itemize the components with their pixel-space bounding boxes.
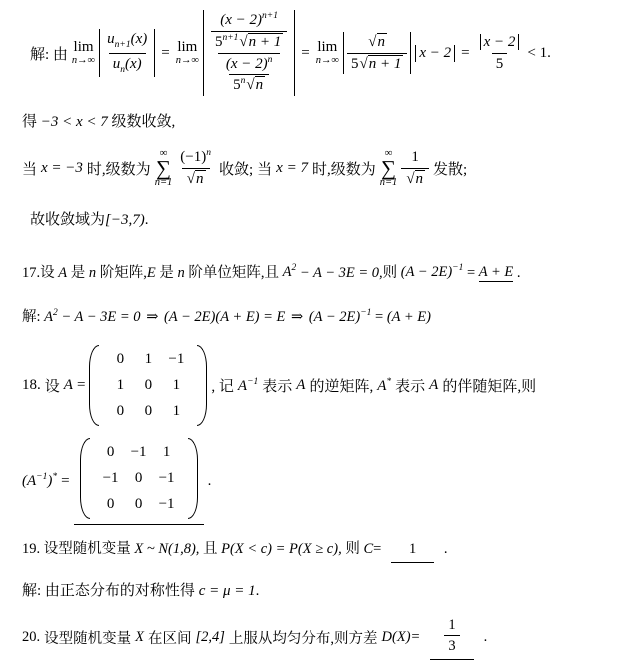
problem-18-answer: (A−1)* = 0 −1 1 −1 0 −1 0 0 −1 . (22, 436, 612, 526)
equals-sign: = (461, 45, 469, 62)
equals-sign: = (161, 45, 169, 62)
inner-fraction-np1: (x − 2)n+1 5n+1√n + 1 (211, 11, 287, 52)
fraction-one-third: 1 3 (444, 616, 459, 655)
c-equals-mu: c = μ = 1 (199, 583, 256, 599)
adjugate-of-inverse: (A−1)* (22, 472, 57, 490)
inequality: −3 < x < 7 (41, 114, 108, 130)
answer-matrix-underlined: 0 −1 1 −1 0 −1 0 0 −1 (74, 438, 204, 525)
abs-x-minus-2: x − 2 (415, 45, 455, 62)
interval: [2,4] (195, 629, 224, 646)
problem-17-statement: 17.设 A 是 n 阶矩阵,E 是 n 阶单位矩阵,且 A2 − A − 3E… (22, 263, 612, 283)
sqrt-n: √n (406, 171, 425, 187)
equals-sign: = (61, 473, 69, 490)
sqrt-n-plus-1: √n + 1 (239, 34, 283, 50)
left-paren (89, 345, 99, 426)
inner-fraction-n: (x − 2)n 5n√n (222, 55, 277, 96)
matrix-cell: 0 (125, 496, 153, 513)
summation: ∞∑n=1 (155, 148, 173, 189)
matrix-cell: 0 (106, 351, 134, 368)
variance-expression: D(X)= (382, 629, 421, 646)
limit-notation: limn→∞ (176, 40, 199, 67)
abs-sqrt-ratio: √n 5√n + 1 (343, 32, 411, 75)
sqrt-n: √n (187, 171, 206, 187)
problem-18-statement: 18. 设 A = 0 1 −1 1 0 1 0 0 1 , 记 A−1 表示 … (22, 345, 612, 426)
equals-sign: = (373, 541, 381, 557)
matrix-cell: 0 (134, 377, 162, 394)
solution-label: 解: 由 (30, 43, 68, 64)
fraction-harmonic-term: 1 √n (401, 148, 429, 189)
matrix-cell: 0 (97, 496, 125, 513)
sqrt-n-plus-1: √n + 1 (359, 56, 403, 72)
abs-nested-fraction: (x − 2)n+1 5n+1√n + 1 (x − 2)n 5n√n (203, 10, 295, 96)
problem-number: 18. (22, 377, 41, 394)
problem-number: 19. (22, 541, 40, 557)
ratio-test-formula-line: 解: 由 limn→∞ un+1(x) un(x) = limn→∞ (x − … (22, 6, 612, 100)
equals-sign: = (467, 264, 475, 280)
equals-sign: = (375, 309, 383, 325)
implies-arrow: ⇒ (291, 309, 303, 325)
less-than-one: < 1. (527, 45, 550, 62)
problem-19-solution: 解: 由正态分布的对称性得 c = μ = 1. (22, 581, 612, 601)
matrix-cell: 0 (97, 444, 125, 461)
matrix-a: 0 1 −1 1 0 1 0 0 1 (89, 345, 207, 426)
equals-sign: = (301, 45, 309, 62)
matrix-cell: −1 (153, 496, 181, 513)
matrix-cell: 1 (134, 351, 162, 368)
problem-20-statement: 20. 设型随机变量 X 在区间[2,4] 上服从均匀分布,则方差 D(X)= … (22, 615, 612, 660)
right-paren (197, 345, 207, 426)
fraction-alternating-term: (−1)n √n (176, 148, 215, 189)
outer-fraction: (x − 2)n+1 5n+1√n + 1 (x − 2)n 5n√n (207, 11, 291, 95)
endpoint-series-line: 当 x = −3 时,级数为 ∞∑n=1 (−1)n √n 收敛; 当 x = … (22, 142, 612, 194)
equals-sign: = (77, 377, 85, 394)
matrix-cell: 0 (125, 470, 153, 487)
x-equals-minus-3: x = −3 (41, 160, 83, 177)
convergence-domain-line: 故收敛域为[−3,7). (22, 210, 612, 230)
answer-blank-17: A + E (479, 264, 514, 282)
right-paren (188, 438, 198, 519)
fraction-u-ratio: un+1(x) un(x) (103, 30, 151, 77)
sqrt-n: √n (368, 34, 387, 50)
problem-17-solution: 解: A2 − A − 3E = 0 ⇒ (A − 2E)(A + E) = E… (22, 307, 612, 327)
implies-arrow: ⇒ (146, 309, 158, 325)
limit-notation: limn→∞ (72, 40, 95, 67)
problem-19-statement: 19. 设型随机变量 X ~ N(1,8), 且 P(X < c) = P(X … (22, 540, 612, 563)
matrix-cell: 1 (106, 377, 134, 394)
x-equals-7: x = 7 (276, 160, 308, 177)
matrix-cell: 1 (162, 377, 190, 394)
solution-label: 解: (22, 583, 41, 599)
matrix-cell: 1 (153, 444, 181, 461)
matrix-cell: −1 (153, 470, 181, 487)
math-solution-page: 解: 由 limn→∞ un+1(x) un(x) = limn→∞ (x − … (0, 0, 620, 660)
summation: ∞∑n=1 (380, 148, 398, 189)
solution-label: 解: (22, 309, 41, 325)
problem-number: 17. (22, 264, 40, 280)
problem-number: 20. (22, 629, 40, 646)
matrix-cell: −1 (162, 351, 190, 368)
matrix-answer: 0 −1 1 −1 0 −1 0 0 −1 (80, 438, 198, 519)
matrix-cell: 0 (106, 403, 134, 420)
answer-blank-20: 1 3 (430, 615, 473, 660)
left-paren (80, 438, 90, 519)
matrix-cell: 0 (134, 403, 162, 420)
normal-distribution: ~ N(1,8), (147, 541, 200, 557)
answer-blank-19: 1 (391, 540, 434, 563)
matrix-cell: 1 (162, 403, 190, 420)
probability-equation: P(X < c) = P(X ≥ c), (221, 541, 342, 557)
abs-x-minus-2: x − 2 (480, 34, 520, 50)
matrix-cell: −1 (125, 444, 153, 461)
fraction-result: x − 2 5 (476, 33, 524, 74)
sqrt-n: √n (246, 77, 265, 93)
limit-notation: limn→∞ (316, 40, 339, 67)
interval-result-line: 得 −3 < x < 7 级数收敛, (22, 112, 612, 132)
matrix-cell: −1 (97, 470, 125, 487)
interval: [−3,7) (105, 212, 145, 228)
fraction-sqrt-ratio: √n 5√n + 1 (347, 33, 407, 74)
abs-u-ratio: un+1(x) un(x) (99, 29, 155, 78)
